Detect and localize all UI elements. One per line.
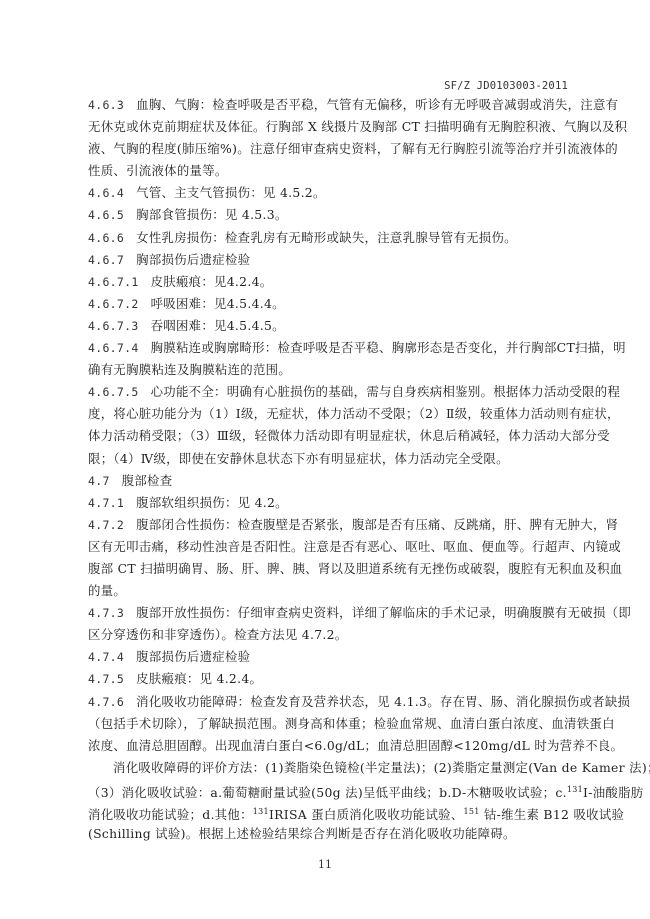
line-text: 吞咽困难：见4.5.4.5。 (151, 318, 285, 333)
section-line: 4.7.4腹部损伤后遗症检验 (88, 646, 568, 668)
section-line: 4.6.4气管、主支气管损伤：见 4.5.2。 (88, 182, 568, 204)
section-number: 4.6.7 (88, 253, 124, 267)
superscript: 151 (464, 807, 480, 816)
line-text: 钴-维生素 B12 吸收试验 (480, 807, 625, 822)
section-line: 4.7腹部检查 (88, 470, 568, 492)
line-text: 胸部食管损伤：见 4.5.3。 (136, 207, 287, 222)
line-text: 限；（4）Ⅳ级，即使在安静休息状态下亦有明显症状，体力活动完全受限。 (88, 451, 509, 466)
text-line: 度，将心脏功能分为（1）Ⅰ级，无症状，体力活动不受限；（2）Ⅱ级，较重体力活动则… (88, 403, 568, 425)
superscript: 131 (253, 807, 269, 816)
section-line: 4.6.7.3吞咽困难：见4.5.4.5。 (88, 315, 568, 337)
line-text: IRISA 蛋白质消化吸收功能试验、 (269, 807, 464, 822)
line-text: 呼吸困难：见4.5.4.4。 (151, 296, 285, 311)
section-line: 4.7.5皮肤瘢痕：见 4.2.4。 (88, 668, 568, 690)
text-line: (Schilling 试验)。根据上述检验结果综合判断是否存在消化吸收功能障碍。 (88, 823, 568, 845)
line-text: I-油酸脂肪 (583, 785, 643, 800)
line-text: 消化吸收功能试验；d.其他： (88, 807, 253, 822)
line-text: 腹部损伤后遗症检验 (136, 649, 250, 664)
line-text: 性质、引流液体的量等。 (88, 163, 228, 178)
line-text: 心功能不全：明确有心脏损伤的基础，需与自身疾病相鉴别。根据体力活动受限的程 (151, 384, 621, 399)
page-number: 11 (0, 858, 650, 871)
text-line: 区有无叩击痛，移动性浊音是否阳性。注意是否有恶心、呕吐、呕血、便血等。行超声、内… (88, 536, 568, 558)
line-text: 胸膜粘连或胸廓畸形：检查呼吸是否平稳、胸廓形态是否变化，并行胸部CT扫描，明 (151, 340, 626, 355)
section-number: 4.7.5 (88, 672, 124, 686)
section-number: 4.6.6 (88, 231, 124, 245)
line-text: 腹部 CT 扫描明确胃、肠、肝、脾、胰、肾以及胆道系统有无挫伤或破裂，腹腔有无积… (88, 561, 622, 576)
section-line: 4.6.6女性乳房损伤：检查乳房有无畸形或缺失，注意乳腺导管有无损伤。 (88, 227, 568, 249)
section-number: 4.6.7.3 (88, 319, 139, 333)
section-number: 4.7.2 (88, 518, 124, 532)
line-text: 消化吸收障碍的评价方法：(1)粪脂染色镜检(半定量法)；(2)粪脂定量测定(Va… (113, 760, 650, 775)
section-line: 4.6.5胸部食管损伤：见 4.5.3。 (88, 204, 568, 226)
section-line: 4.6.7胸部损伤后遗症检验 (88, 249, 568, 271)
line-text: 血胸、气胸：检查呼吸是否平稳，气管有无偏移，听诊有无呼吸音减弱或消失，注意有 (136, 97, 618, 112)
text-line: 无休克或休克前期症状及体征。行胸部 X 线摄片及胸部 CT 扫描明确有无胸腔积液… (88, 116, 568, 138)
line-text: 区分穿透伤和非穿透伤）。检查方法见 4.7.2。 (88, 627, 348, 642)
line-text: （包括手术切除），了解缺损范围。测身高和体重；检验血常规、血清白蛋白浓度、血清铁… (88, 716, 615, 731)
line-text: 确有无胸膜粘连及胸膜粘连的范围。 (88, 362, 291, 377)
document-body: 4.6.3血胸、气胸：检查呼吸是否平稳，气管有无偏移，听诊有无呼吸音减弱或消失，… (88, 94, 568, 845)
line-text: 的量。 (88, 583, 126, 598)
section-number: 4.7.1 (88, 496, 124, 510)
text-line: 消化吸收障碍的评价方法：(1)粪脂染色镜检(半定量法)；(2)粪脂定量测定(Va… (88, 757, 568, 779)
section-line: 4.7.3腹部开放性损伤：仔细审查病史资料，详细了解临床的手术记录，明确腹膜有无… (88, 602, 568, 624)
line-text: 液、气胸的程度(肺压缩%)。注意仔细审查病史资料，了解有无行胸腔引流等治疗并引流… (88, 141, 618, 156)
section-number: 4.6.7.2 (88, 297, 139, 311)
line-text: 消化吸收功能障碍：检查发育及营养状态，见 4.1.3。存在胃、肠、消化腺损伤或者… (136, 694, 630, 709)
text-line: 性质、引流液体的量等。 (88, 160, 568, 182)
line-text: 腹部检查 (122, 473, 173, 488)
line-text: 气管、主支气管损伤：见 4.5.2。 (136, 185, 326, 200)
section-number: 4.6.3 (88, 98, 124, 112)
line-text: 腹部开放性损伤：仔细审查病史资料，详细了解临床的手术记录，明确腹膜有无破损（即 (136, 605, 631, 620)
text-line: 腹部 CT 扫描明确胃、肠、肝、脾、胰、肾以及胆道系统有无挫伤或破裂，腹腔有无积… (88, 558, 568, 580)
section-line: 4.6.7.5心功能不全：明确有心脏损伤的基础，需与自身疾病相鉴别。根据体力活动… (88, 381, 568, 403)
section-number: 4.7.4 (88, 650, 124, 664)
section-number: 4.6.5 (88, 208, 124, 222)
text-line: （包括手术切除），了解缺损范围。测身高和体重；检验血常规、血清白蛋白浓度、血清铁… (88, 713, 568, 735)
line-text: 无休克或休克前期症状及体征。行胸部 X 线摄片及胸部 CT 扫描明确有无胸腔积液… (88, 119, 627, 134)
section-line: 4.6.3血胸、气胸：检查呼吸是否平稳，气管有无偏移，听诊有无呼吸音减弱或消失，… (88, 94, 568, 116)
text-line: 的量。 (88, 580, 568, 602)
text-line: 区分穿透伤和非穿透伤）。检查方法见 4.7.2。 (88, 624, 568, 646)
section-line: 4.6.7.4胸膜粘连或胸廓畸形：检查呼吸是否平稳、胸廓形态是否变化，并行胸部C… (88, 337, 568, 359)
section-number: 4.7 (88, 474, 110, 488)
line-text: 皮肤瘢痕：见 4.2.4。 (136, 671, 262, 686)
text-line: 限；（4）Ⅳ级，即使在安静休息状态下亦有明显症状，体力活动完全受限。 (88, 448, 568, 470)
section-number: 4.6.7.5 (88, 385, 139, 399)
line-text: 女性乳房损伤：检查乳房有无畸形或缺失，注意乳腺导管有无损伤。 (136, 230, 517, 245)
text-line: （3）消化吸收试验：a.葡萄糖耐量试验(50g 法)呈低平曲线；b.D-木糖吸收… (88, 779, 568, 801)
text-line: 浓度、血清总胆固醇。出现血清白蛋白<6.0g/dL；血清总胆固醇<120mg/d… (88, 735, 568, 757)
document-id-header: SF/Z JD0103003-2011 (444, 80, 568, 92)
line-text: （3）消化吸收试验：a.葡萄糖耐量试验(50g 法)呈低平曲线；b.D-木糖吸收… (88, 785, 567, 800)
section-number: 4.7.3 (88, 606, 124, 620)
section-number: 4.7.6 (88, 695, 124, 709)
section-line: 4.7.2腹部闭合性损伤：检查腹壁是否紧张，腹部是否有压痛、反跳痛，肝、脾有无肿… (88, 514, 568, 536)
line-text: 体力活动稍受限；（3）Ⅲ级，轻微体力活动即有明显症状，休息后稍减轻，体力活动大部… (88, 428, 610, 443)
superscript: 131 (567, 785, 583, 794)
section-line: 4.6.7.2呼吸困难：见4.5.4.4。 (88, 293, 568, 315)
line-text: 腹部闭合性损伤：检查腹壁是否紧张，腹部是否有压痛、反跳痛，肝、脾有无肿大，肾 (136, 517, 618, 532)
line-text: 度，将心脏功能分为（1）Ⅰ级，无症状，体力活动不受限；（2）Ⅱ级，较重体力活动则… (88, 406, 620, 421)
text-line: 液、气胸的程度(肺压缩%)。注意仔细审查病史资料，了解有无行胸腔引流等治疗并引流… (88, 138, 568, 160)
text-line: 体力活动稍受限；（3）Ⅲ级，轻微体力活动即有明显症状，休息后稍减轻，体力活动大部… (88, 425, 568, 447)
section-number: 4.6.7.4 (88, 341, 139, 355)
text-line: 消化吸收功能试验；d.其他：131IRISA 蛋白质消化吸收功能试验、151 钴… (88, 801, 568, 823)
line-text: 胸部损伤后遗症检验 (136, 252, 250, 267)
line-text: 皮肤瘢痕：见4.2.4。 (151, 274, 273, 289)
line-text: 腹部软组织损伤：见 4.2。 (136, 495, 288, 510)
line-text: 浓度、血清总胆固醇。出现血清白蛋白<6.0g/dL；血清总胆固醇<120mg/d… (88, 738, 623, 753)
section-line: 4.7.6消化吸收功能障碍：检查发育及营养状态，见 4.1.3。存在胃、肠、消化… (88, 691, 568, 713)
section-number: 4.6.4 (88, 186, 124, 200)
section-line: 4.6.7.1皮肤瘢痕：见4.2.4。 (88, 271, 568, 293)
section-number: 4.6.7.1 (88, 275, 139, 289)
line-text: (Schilling 试验)。根据上述检验结果综合判断是否存在消化吸收功能障碍。 (88, 826, 516, 841)
section-line: 4.7.1腹部软组织损伤：见 4.2。 (88, 492, 568, 514)
text-line: 确有无胸膜粘连及胸膜粘连的范围。 (88, 359, 568, 381)
line-text: 区有无叩击痛，移动性浊音是否阳性。注意是否有恶心、呕吐、呕血、便血等。行超声、内… (88, 539, 621, 554)
